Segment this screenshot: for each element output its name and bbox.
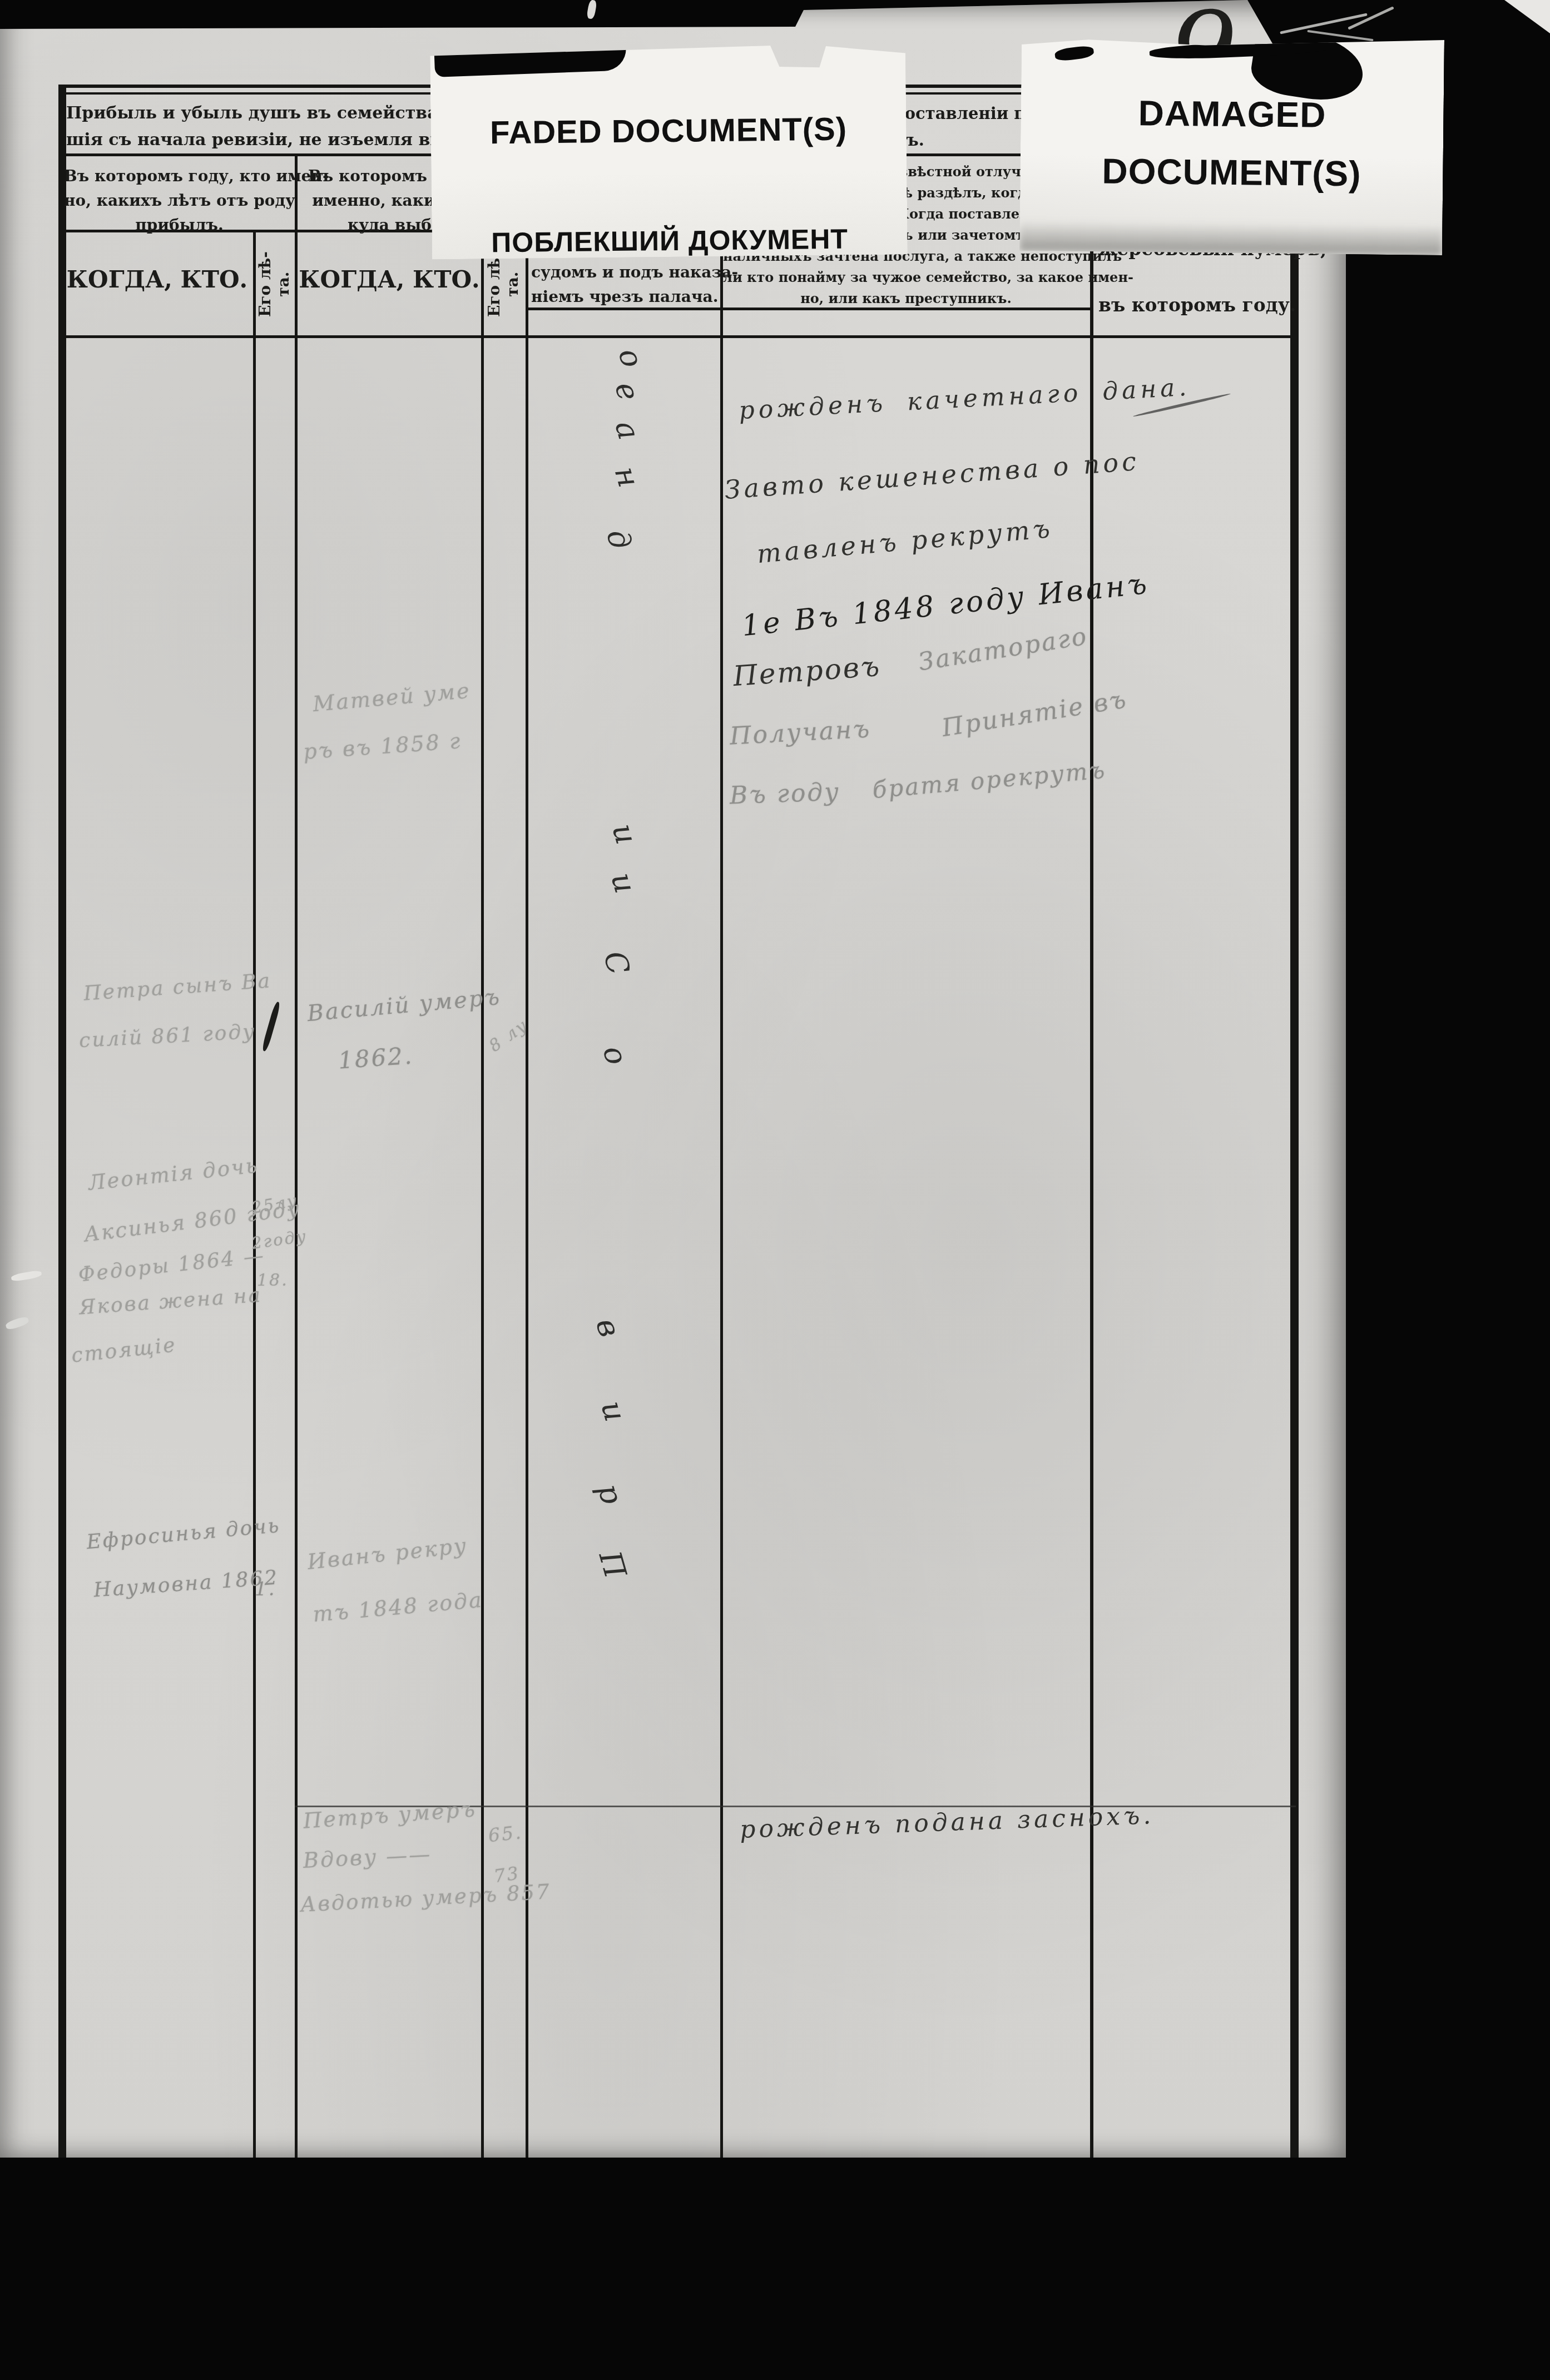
damaged-label-text-2: DOCUMENT(S) — [1020, 150, 1443, 195]
entry-explanation: Въ году — [729, 778, 840, 810]
religion-letter: С — [597, 947, 637, 979]
grid-line — [58, 85, 66, 2158]
scanner-backdrop: { "scene": { "labels": { "faded_en": "FA… — [0, 0, 1550, 2380]
header-when-who-departed: КОГДА, КТО. — [298, 266, 481, 293]
faded-label-text-en: FADED DOCUMENT(S) — [430, 110, 907, 152]
religion-letter: и — [604, 869, 643, 897]
grid-line — [481, 230, 484, 2158]
document-page: 9 Прибыль и убыль душъ въ семействахъ, п… — [0, 0, 1346, 2158]
paper-sliver-top — [586, 0, 597, 19]
entry-arrived: Якова жена на — [78, 1284, 263, 1320]
entry-explanation: Принятіе въ — [940, 685, 1130, 742]
religion-letter: и — [605, 820, 644, 848]
entry-arrived: Ефросинья дочь — [86, 1514, 281, 1554]
entry-departed: 1862. — [337, 1042, 414, 1074]
header-line: но, или какъ преступникъ. — [723, 288, 1089, 309]
header-line: Его лѣ- — [256, 251, 274, 317]
grid-line — [720, 153, 723, 2158]
entry-departed: ръ въ 1858 г — [303, 728, 463, 764]
faded-document-label: FADED DOCUMENT(S) ПОБЛЕКШИЙ ДОКУМЕНТ — [430, 43, 908, 260]
header-arrived: Въ которомъ году, кто имен- но, какихъ л… — [64, 164, 295, 237]
religion-letter: р — [591, 1480, 630, 1508]
damaged-label-text-1: DAMAGED — [1021, 91, 1444, 137]
entry-departed: Авдотью умеръ 857 — [300, 1880, 551, 1917]
entry-age: 18. — [257, 1271, 289, 1290]
entry-arrived: Леонтія дочь — [87, 1153, 260, 1195]
religion-letter: а — [608, 416, 646, 443]
white-scribble-mark — [1307, 30, 1373, 42]
paper-scrap-top-right — [1504, 0, 1550, 33]
grid-line — [1290, 85, 1299, 2158]
entry-arrived: Наумовна 1862 — [93, 1566, 280, 1601]
grid-line — [253, 230, 256, 2158]
header-line: ніемъ чрезъ палача. — [531, 285, 717, 309]
entry-arrived: Федоры 1864 — — [77, 1244, 266, 1286]
faded-label-text-ru: ПОБЛЕКШИЙ ДОКУМЕНТ — [432, 222, 908, 260]
religion-letter: о — [596, 1042, 635, 1069]
entry-age: 8 лу — [486, 1015, 532, 1056]
entry-explanation: братя орекрутъ — [871, 756, 1107, 804]
entry-age: 2году — [250, 1226, 309, 1253]
header-line: судомъ и подъ наказа- — [531, 260, 717, 285]
header-his-age-arrived: Его лѣ- та. — [253, 232, 295, 335]
entry-departed: Вдову —— — [303, 1842, 432, 1873]
header-line: но, какихъ лѣтъ отъ роду — [64, 189, 295, 213]
entry-explanation: Петровъ — [732, 650, 882, 692]
religion-letter: о — [611, 344, 650, 371]
header-line: та. — [274, 251, 293, 317]
entry-age: 1. — [255, 1578, 276, 1600]
entry-age: 73 — [493, 1862, 522, 1887]
entry-explanation: рожденъ качетнаго дана. — [738, 373, 1191, 425]
header-line: въ которомъ году. — [1098, 277, 1290, 333]
entry-arrived: Петра сынъ Ва — [83, 969, 272, 1005]
religion-letter: д — [600, 525, 638, 553]
grid-line — [526, 85, 528, 2158]
religion-letter: и — [594, 1397, 633, 1425]
religion-letter: в — [589, 1315, 627, 1341]
entry-arrived: силій 861 году — [78, 1020, 256, 1053]
entry-departed: Иванъ рекру — [306, 1533, 468, 1574]
entry-departed: тъ 1848 года — [312, 1588, 484, 1627]
entry-explanation: 1е Въ 1848 году Иванъ — [740, 567, 1151, 643]
ink-mark — [261, 1001, 281, 1052]
entry-explanation: Завто кешенества о пос — [724, 446, 1140, 505]
religion-letter: е — [608, 378, 646, 404]
entry-explanation: Закатораго — [917, 622, 1090, 676]
entry-departed: Василій умеръ — [306, 984, 502, 1027]
header-line: ли кто понайму за чужое семейство, за ка… — [723, 267, 1089, 288]
entry-arrived: стоящіе — [70, 1333, 177, 1367]
entry-explanation: тавленъ рекрутъ — [756, 513, 1054, 569]
header-line: Его лѣ- — [485, 251, 503, 317]
religion-letter: П — [592, 1547, 633, 1582]
header-when-who-arrived: КОГДА, КТО. — [61, 266, 253, 293]
water-smudge — [1019, 220, 1443, 255]
entry-departed: Петръ умеръ — [303, 1797, 477, 1833]
grid-line — [295, 153, 298, 2158]
entry-explanation: Получанъ — [729, 715, 872, 750]
entry-age: 65. — [487, 1821, 523, 1846]
grid-line — [58, 335, 1299, 338]
religion-letter: н — [608, 463, 647, 492]
entry-departed: Матвей уме — [312, 678, 472, 717]
header-line: Въ которомъ году, кто имен- — [64, 164, 295, 189]
ink-blotch — [1054, 45, 1095, 62]
damaged-document-label: DAMAGED DOCUMENT(S) — [1019, 36, 1444, 255]
header-line: та. — [503, 251, 522, 317]
